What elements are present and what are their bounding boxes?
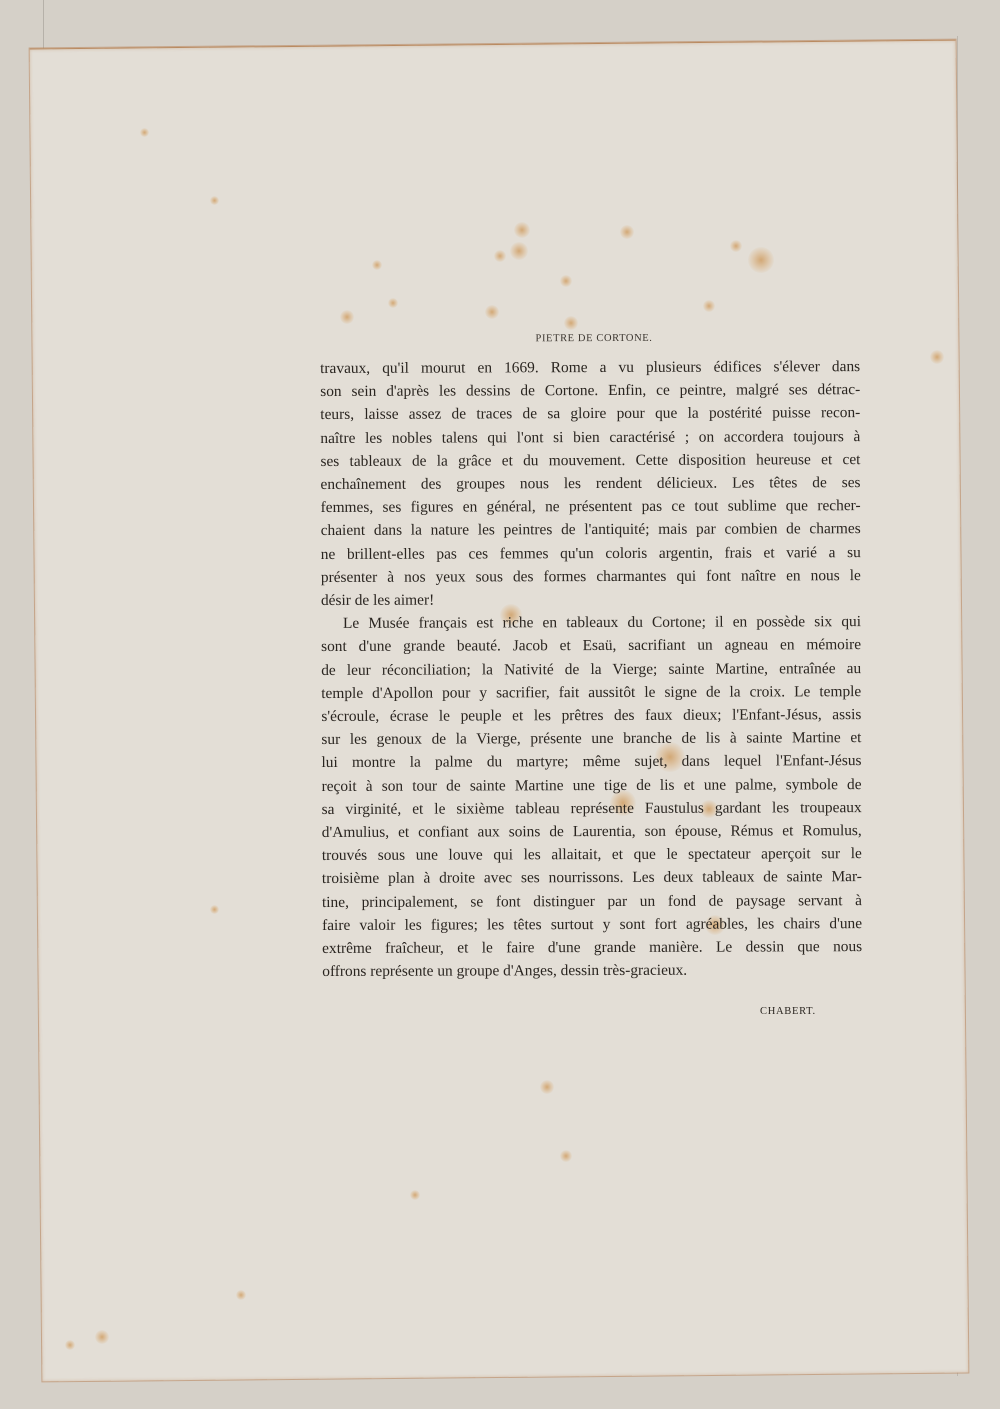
text-line: trouvés sous une louve qui les allaitait… xyxy=(322,842,862,867)
foxing-spot xyxy=(340,310,354,324)
foxing-spot xyxy=(930,350,944,364)
foxing-spot xyxy=(560,1150,572,1162)
foxing-spot xyxy=(510,242,528,260)
text-line: désir de les aimer! xyxy=(321,587,861,612)
text-line: ne brillent-elles pas ces femmes qu'un c… xyxy=(321,541,861,566)
running-head: PIETRE DE CORTONE. xyxy=(320,331,860,347)
foxing-spot xyxy=(560,275,572,287)
foxing-spot xyxy=(494,250,506,262)
text-line: extrême fraîcheur, et le faire d'une gra… xyxy=(322,935,862,960)
text-line: temple d'Apollon pour y sacrifier, fait … xyxy=(321,680,861,705)
text-line: son sein d'après les dessins de Cortone.… xyxy=(320,378,860,403)
foxing-spot xyxy=(140,128,149,137)
text-line: s'écroule, écrase le peuple et les prêtr… xyxy=(321,703,861,728)
foxing-spot xyxy=(210,196,219,205)
text-line: sont d'une grande beauté. Jacob et Esaü,… xyxy=(321,634,861,659)
text-line: présenter à nos yeux sous des formes cha… xyxy=(321,564,861,589)
paragraph-2: Le Musée français est riche en tableaux … xyxy=(321,610,862,983)
foxing-spot xyxy=(410,1190,420,1200)
foxing-spot xyxy=(236,1290,246,1300)
paragraph-1: travaux, qu'il mourut en 1669. Rome a vu… xyxy=(320,355,861,612)
foxing-spot xyxy=(388,298,398,308)
foxing-spot xyxy=(485,305,499,319)
text-line: faire valoir les figures; les têtes surt… xyxy=(322,912,862,937)
text-line: naître les nobles talens qui l'ont si bi… xyxy=(320,425,860,450)
foxing-spot xyxy=(748,247,774,273)
text-line: travaux, qu'il mourut en 1669. Rome a vu… xyxy=(320,355,860,380)
foxing-spot xyxy=(730,240,742,252)
text-line: troisième plan à droite avec ses nourris… xyxy=(322,866,862,891)
foxing-spot xyxy=(372,260,382,270)
author-signature: CHABERT. xyxy=(760,1006,816,1017)
foxing-spot xyxy=(210,905,219,914)
text-line: chaient dans la nature les peintres de l… xyxy=(321,518,861,543)
foxing-spot xyxy=(703,300,715,312)
foxing-spot xyxy=(514,222,530,238)
text-line: reçoit à son tour de sainte Martine une … xyxy=(322,773,862,798)
text-line: sa virginité, et le sixième tableau repr… xyxy=(322,796,862,821)
text-line: teurs, laisse assez de traces de sa gloi… xyxy=(320,402,860,427)
document-body: PIETRE DE CORTONE. travaux, qu'il mourut… xyxy=(320,331,862,983)
text-line: tine, principalement, se font distinguer… xyxy=(322,889,862,914)
foxing-spot xyxy=(564,316,578,330)
text-line: sur les genoux de la Vierge, présente un… xyxy=(321,726,861,751)
foxing-spot xyxy=(65,1340,75,1350)
text-line: lui montre la palme du martyre; même suj… xyxy=(321,750,861,775)
text-line: enchaînement des groupes nous les renden… xyxy=(320,471,860,496)
foxing-spot xyxy=(95,1330,109,1344)
text-line: femmes, ses figures en général, ne prése… xyxy=(321,494,861,519)
text-line: d'Amulius, et confiant aux soins de Laur… xyxy=(322,819,862,844)
foxing-spot xyxy=(620,225,634,239)
text-line: Le Musée français est riche en tableaux … xyxy=(321,610,861,635)
text-line: offrons représente un groupe d'Anges, de… xyxy=(322,958,862,983)
foxing-spot xyxy=(540,1080,554,1094)
text-line: ses tableaux de la grâce et du mouvement… xyxy=(320,448,860,473)
text-line: de leur réconciliation; la Nativité de l… xyxy=(321,657,861,682)
